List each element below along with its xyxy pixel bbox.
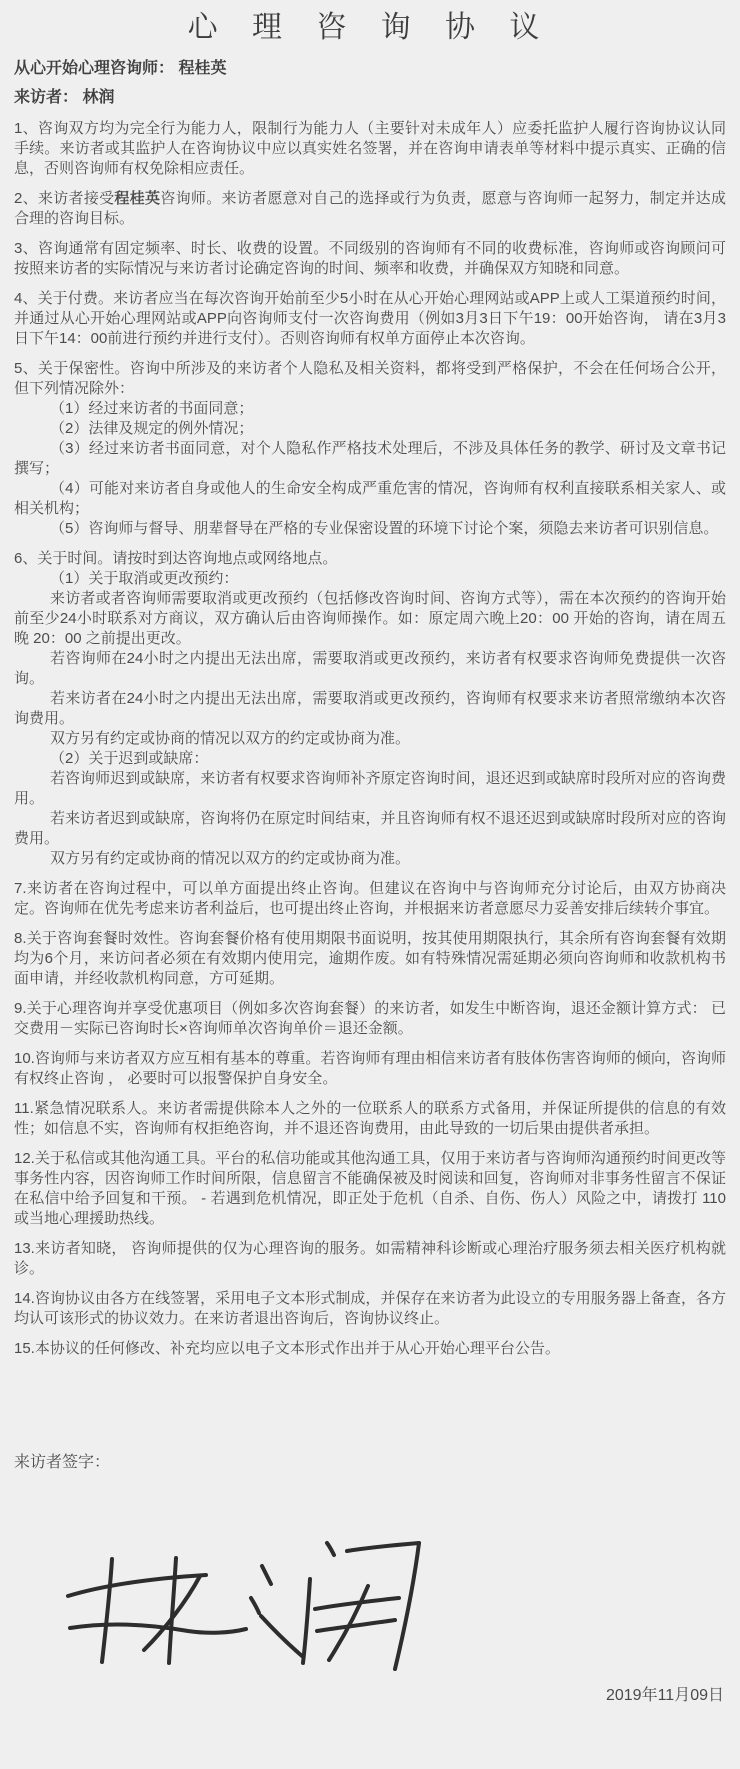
paragraph: 1、咨询双方均为完全行为能力人，限制行为能力人（主要针对未成年人）应委托监护人履… — [14, 119, 726, 179]
paragraph: 双方另有约定或协商的情况以双方的约定或协商为准。 — [14, 849, 726, 869]
paragraph: （1）关于取消或更改预约： — [14, 569, 726, 589]
paragraph: 双方另有约定或协商的情况以双方的约定或协商为准。 — [14, 729, 726, 749]
document-title: 心 理 咨 询 协 议 — [0, 0, 740, 46]
paragraph: （2）关于迟到或缺席： — [14, 749, 726, 769]
counselor-line: 从心开始心理咨询师： 程桂英 — [14, 58, 726, 80]
paragraph: 12.关于私信或其他沟通工具。平台的私信功能或其他沟通工具，仅用于来访者与咨询师… — [14, 1149, 726, 1229]
counselor-name: 程桂英 — [178, 60, 226, 77]
agreement-terms: 1、咨询双方均为完全行为能力人，限制行为能力人（主要针对未成年人）应委托监护人履… — [14, 119, 726, 1359]
paragraph: 11.紧急情况联系人。来访者需提供除本人之外的一位联系人的联系方式备用，并保证所… — [14, 1099, 726, 1139]
signature-label: 来访者签字： — [14, 1452, 110, 1474]
visitor-line: 来访者： 林润 — [14, 87, 726, 109]
paragraph: 6、关于时间。请按时到达咨询地点或网络地点。 — [14, 549, 726, 569]
paragraph: 若咨询师在24小时之内提出无法出席，需要取消或更改预约，来访者有权要求咨询师免费… — [14, 649, 726, 689]
paragraph: 10.咨询师与来访者双方应互相有基本的尊重。若咨询师有理由相信来访者有肢体伤害咨… — [14, 1049, 726, 1089]
paragraph: （3）经过来访者书面同意，对个人隐私作严格技术处理后，不涉及具体任务的教学、研讨… — [14, 439, 726, 479]
paragraph: （1）经过来访者的书面同意； — [14, 399, 726, 419]
visitor-label: 来访者： — [14, 89, 82, 106]
paragraph: 3、咨询通常有固定频率、时长、收费的设置。不同级别的咨询师有不同的收费标准，咨询… — [14, 239, 726, 279]
paragraph: 9.关于心理咨询并享受优惠项目（例如多次咨询套餐）的来访者，如发生中断咨询，退还… — [14, 999, 726, 1039]
visitor-name: 林润 — [82, 89, 114, 106]
signature-date: 2019年11月09日 — [606, 1686, 724, 1706]
paragraph: （2）法律及规定的例外情况； — [14, 419, 726, 439]
paragraph: 若来访者在24小时之内提出无法出席，需要取消或更改预约，咨询师有权要求来访者照常… — [14, 689, 726, 729]
paragraph: （5）咨询师与督导、朋辈督导在严格的专业保密设置的环境下讨论个案，须隐去来访者可… — [14, 519, 726, 539]
paragraph: 4、关于付费。来访者应当在每次咨询开始前至少5小时在从心开始心理网站或APP上或… — [14, 289, 726, 349]
paragraph: 5、关于保密性。咨询中所涉及的来访者个人隐私及相关资料，都将受到严格保护，不会在… — [14, 359, 726, 399]
paragraph: （4）可能对来访者自身或他人的生命安全构成严重危害的情况，咨询师有权利直接联系相… — [14, 479, 726, 519]
signature-strokes — [68, 1543, 419, 1669]
paragraph: 7.来访者在咨询过程中，可以单方面提出终止咨询。但建议在咨询中与咨询师充分讨论后… — [14, 879, 726, 919]
paragraph: 13.来访者知晓， 咨询师提供的仅为心理咨询的服务。如需精神科诊断或心理治疗服务… — [14, 1239, 726, 1279]
paragraph: 15.本协议的任何修改、补充均应以电子文本形式作出并于从心开始心理平台公告。 — [14, 1339, 726, 1359]
paragraph: 14.咨询协议由各方在线签署，采用电子文本形式制成，并保存在来访者为此设立的专用… — [14, 1289, 726, 1329]
paragraph: 2、来访者接受程桂英咨询师。来访者愿意对自己的选择或行为负责，愿意与咨询师一起努… — [14, 189, 726, 229]
paragraph: 若咨询师迟到或缺席，来访者有权要求咨询师补齐原定咨询时间，退还迟到或缺席时段所对… — [14, 769, 726, 809]
paragraph: 若来访者迟到或缺席，咨询将仍在原定时间结束，并且咨询师有权不退还迟到或缺席时段所… — [14, 809, 726, 849]
paragraph: 来访者或者咨询师需要取消或更改预约（包括修改咨询时间、咨询方式等），需在本次预约… — [14, 589, 726, 649]
paragraph: 8.关于咨询套餐时效性。咨询套餐价格有使用期限书面说明，按其使用期限执行，其余所… — [14, 929, 726, 989]
handwritten-signature: 林润 — [48, 1532, 433, 1680]
counselor-label: 从心开始心理咨询师： — [14, 60, 178, 77]
agreement-document: 心 理 咨 询 协 议 从心开始心理咨询师： 程桂英 来访者： 林润 1、咨询双… — [0, 0, 740, 1769]
